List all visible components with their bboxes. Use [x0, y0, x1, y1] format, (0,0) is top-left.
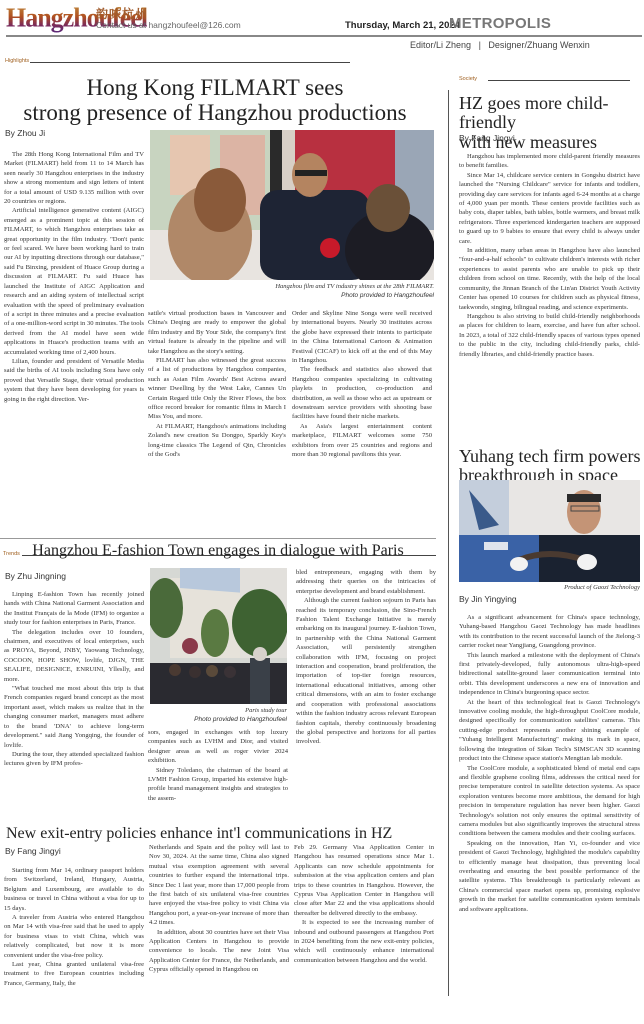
efashion-column-2: sors, engaged in exchanges with top luxu…: [148, 728, 288, 803]
efashion-column-3: bled entrepreneurs, engaging with them b…: [296, 568, 436, 747]
yuhang-byline: By Jin Yingying: [459, 594, 517, 604]
filmart-column-2: satile's virtual production bases in Van…: [148, 309, 286, 460]
issue-date: Thursday, March 21, 2024: [345, 20, 460, 31]
efashion-photo-image: [150, 568, 287, 704]
filmart-headline-line1: Hong Kong FILMART sees: [0, 76, 430, 101]
credit-separator: |: [479, 40, 481, 50]
section-rule-highlights: [30, 62, 350, 63]
filmart-headline: Hong Kong FILMART sees strong presence o…: [0, 76, 430, 126]
exit-entry-paragraph: It is expected to see the increasing num…: [294, 918, 434, 965]
column-divider: [448, 90, 449, 996]
filmart-photo-caption: Hangzhou film and TV industry shines at …: [150, 282, 434, 300]
yuhang-headline-line1: Yuhang tech firm powers: [459, 447, 644, 466]
filmart-paragraph: FILMART has also witnessed the great suc…: [148, 356, 286, 422]
section-divider: [0, 538, 436, 539]
editor-credits: Editor/Li Zheng | Designer/Zhuang Wenxin: [410, 40, 590, 50]
efashion-paragraph: bled entrepreneurs, engaging with them b…: [296, 568, 436, 596]
exit-entry-paragraph: Netherlands and Spain and the policy wil…: [149, 843, 289, 928]
section-label-highlights: Highlights: [5, 58, 29, 64]
yuhang-paragraph: At the heart of this technological feat …: [459, 698, 640, 764]
child-friendly-paragraph: Since Mar 14, childcare service centers …: [459, 171, 640, 246]
efashion-photo: [150, 568, 287, 704]
exit-entry-column-3: Feb 29. Germany Visa Application Center …: [294, 843, 434, 965]
section-name: METROPOLIS: [449, 15, 551, 32]
filmart-paragraph: At FILMART, Hangzhou's animations includ…: [148, 422, 286, 460]
filmart-paragraph: Lilian, founder and president of Versati…: [4, 357, 144, 404]
yuhang-body: As a significant advancement for China's…: [459, 613, 640, 914]
yuhang-paragraph: Speaking on the innovation, Han Yi, co-f…: [459, 839, 640, 914]
exit-entry-paragraph: Last year, China granted unilateral visa…: [4, 960, 144, 988]
filmart-headline-line2: strong presence of Hangzhou productions: [0, 101, 430, 126]
filmart-paragraph: As Asia's largest entertainment content …: [292, 422, 432, 460]
contact-email: Contact us at hangzhoufeel@126.com: [96, 20, 241, 30]
filmart-paragraph: The feedback and statistics also showed …: [292, 365, 432, 421]
child-friendly-body: Hangzhou has implemented more child-pare…: [459, 152, 640, 359]
efashion-paragraph: The delegation includes over 10 founders…: [4, 628, 144, 684]
filmart-paragraph: Artificial intelligence generative conte…: [4, 206, 144, 357]
exit-entry-column-2: Netherlands and Spain and the policy wil…: [149, 843, 289, 975]
section-rule-society: [488, 80, 630, 81]
yuhang-paragraph: This launch marked a milestone with the …: [459, 651, 640, 698]
child-friendly-byline: By Fang Jingyi: [459, 133, 515, 143]
filmart-paragraph: The 28th Hong Kong International Film an…: [4, 150, 144, 206]
efashion-photo-caption: Paris study tour Photo provided to Hangz…: [150, 706, 287, 724]
exit-entry-paragraph: A traveler from Austria who entered Hang…: [4, 913, 144, 960]
filmart-caption-credit: Photo provided to Hangzhoufeel: [150, 291, 434, 300]
efashion-paragraph: sors, engaged in exchanges with top luxu…: [148, 728, 288, 766]
section-label-society: Society: [459, 76, 477, 82]
exit-entry-headline: New exit-entry policies enhance int'l co…: [6, 825, 442, 842]
child-friendly-paragraph: Hangzhou is also striving to build child…: [459, 312, 640, 359]
child-friendly-paragraph: In addition, many urban areas in Hangzho…: [459, 246, 640, 312]
exit-entry-paragraph: Feb 29. Germany Visa Application Center …: [294, 843, 434, 918]
efashion-paragraph: "What touched me most about this trip is…: [4, 684, 144, 750]
editor-name: Editor/Li Zheng: [410, 40, 471, 50]
filmart-column-1: The 28th Hong Kong International Film an…: [4, 150, 144, 404]
exit-entry-byline: By Fang Jingyi: [5, 846, 61, 856]
efashion-column-1: Linping E-fashion Town has recently join…: [4, 590, 144, 769]
filmart-paragraph: satile's virtual production bases in Van…: [148, 309, 286, 356]
exit-entry-column-1: Starting from Mar 14, ordinary passport …: [4, 866, 144, 988]
filmart-photo: [150, 130, 434, 280]
child-friendly-headline-line1: HZ goes more child- friendly: [459, 94, 644, 133]
masthead-rule: [6, 35, 642, 37]
filmart-paragraph: Order and Skyline Nine Songs were well r…: [292, 309, 432, 365]
child-friendly-headline: HZ goes more child- friendly with new me…: [459, 94, 644, 152]
yuhang-photo-caption: Product of Gaozi Technology: [459, 583, 640, 592]
efashion-caption-line1: Paris study tour: [150, 706, 287, 715]
yuhang-photo: [459, 480, 640, 582]
filmart-byline: By Zhou Ji: [5, 128, 45, 138]
efashion-paragraph: Although the current fashion sojourn in …: [296, 596, 436, 747]
efashion-caption-credit: Photo provided to Hangzhoufeel: [150, 715, 287, 724]
efashion-paragraph: Sidney Toledano, the chairman of the boa…: [148, 766, 288, 804]
exit-entry-paragraph: Starting from Mar 14, ordinary passport …: [4, 866, 144, 913]
filmart-column-3: Order and Skyline Nine Songs were well r…: [292, 309, 432, 460]
efashion-paragraph: Linping E-fashion Town has recently join…: [4, 590, 144, 628]
efashion-paragraph: During the tour, they attended specializ…: [4, 750, 144, 769]
child-friendly-paragraph: Hangzhou has implemented more child-pare…: [459, 152, 640, 171]
designer-name: Designer/Zhuang Wenxin: [488, 40, 589, 50]
filmart-caption-line1: Hangzhou film and TV industry shines at …: [150, 282, 434, 291]
filmart-photo-image: [150, 130, 434, 280]
yuhang-paragraph: The CoolCore module, a sophisticated ble…: [459, 764, 640, 839]
yuhang-paragraph: As a significant advancement for China's…: [459, 613, 640, 651]
yuhang-photo-image: [459, 480, 640, 582]
exit-entry-paragraph: In addition, about 30 countries have set…: [149, 928, 289, 975]
efashion-headline: Hangzhou E-fashion Town engages in dialo…: [0, 542, 436, 559]
efashion-byline: By Zhu Jingning: [5, 571, 66, 581]
